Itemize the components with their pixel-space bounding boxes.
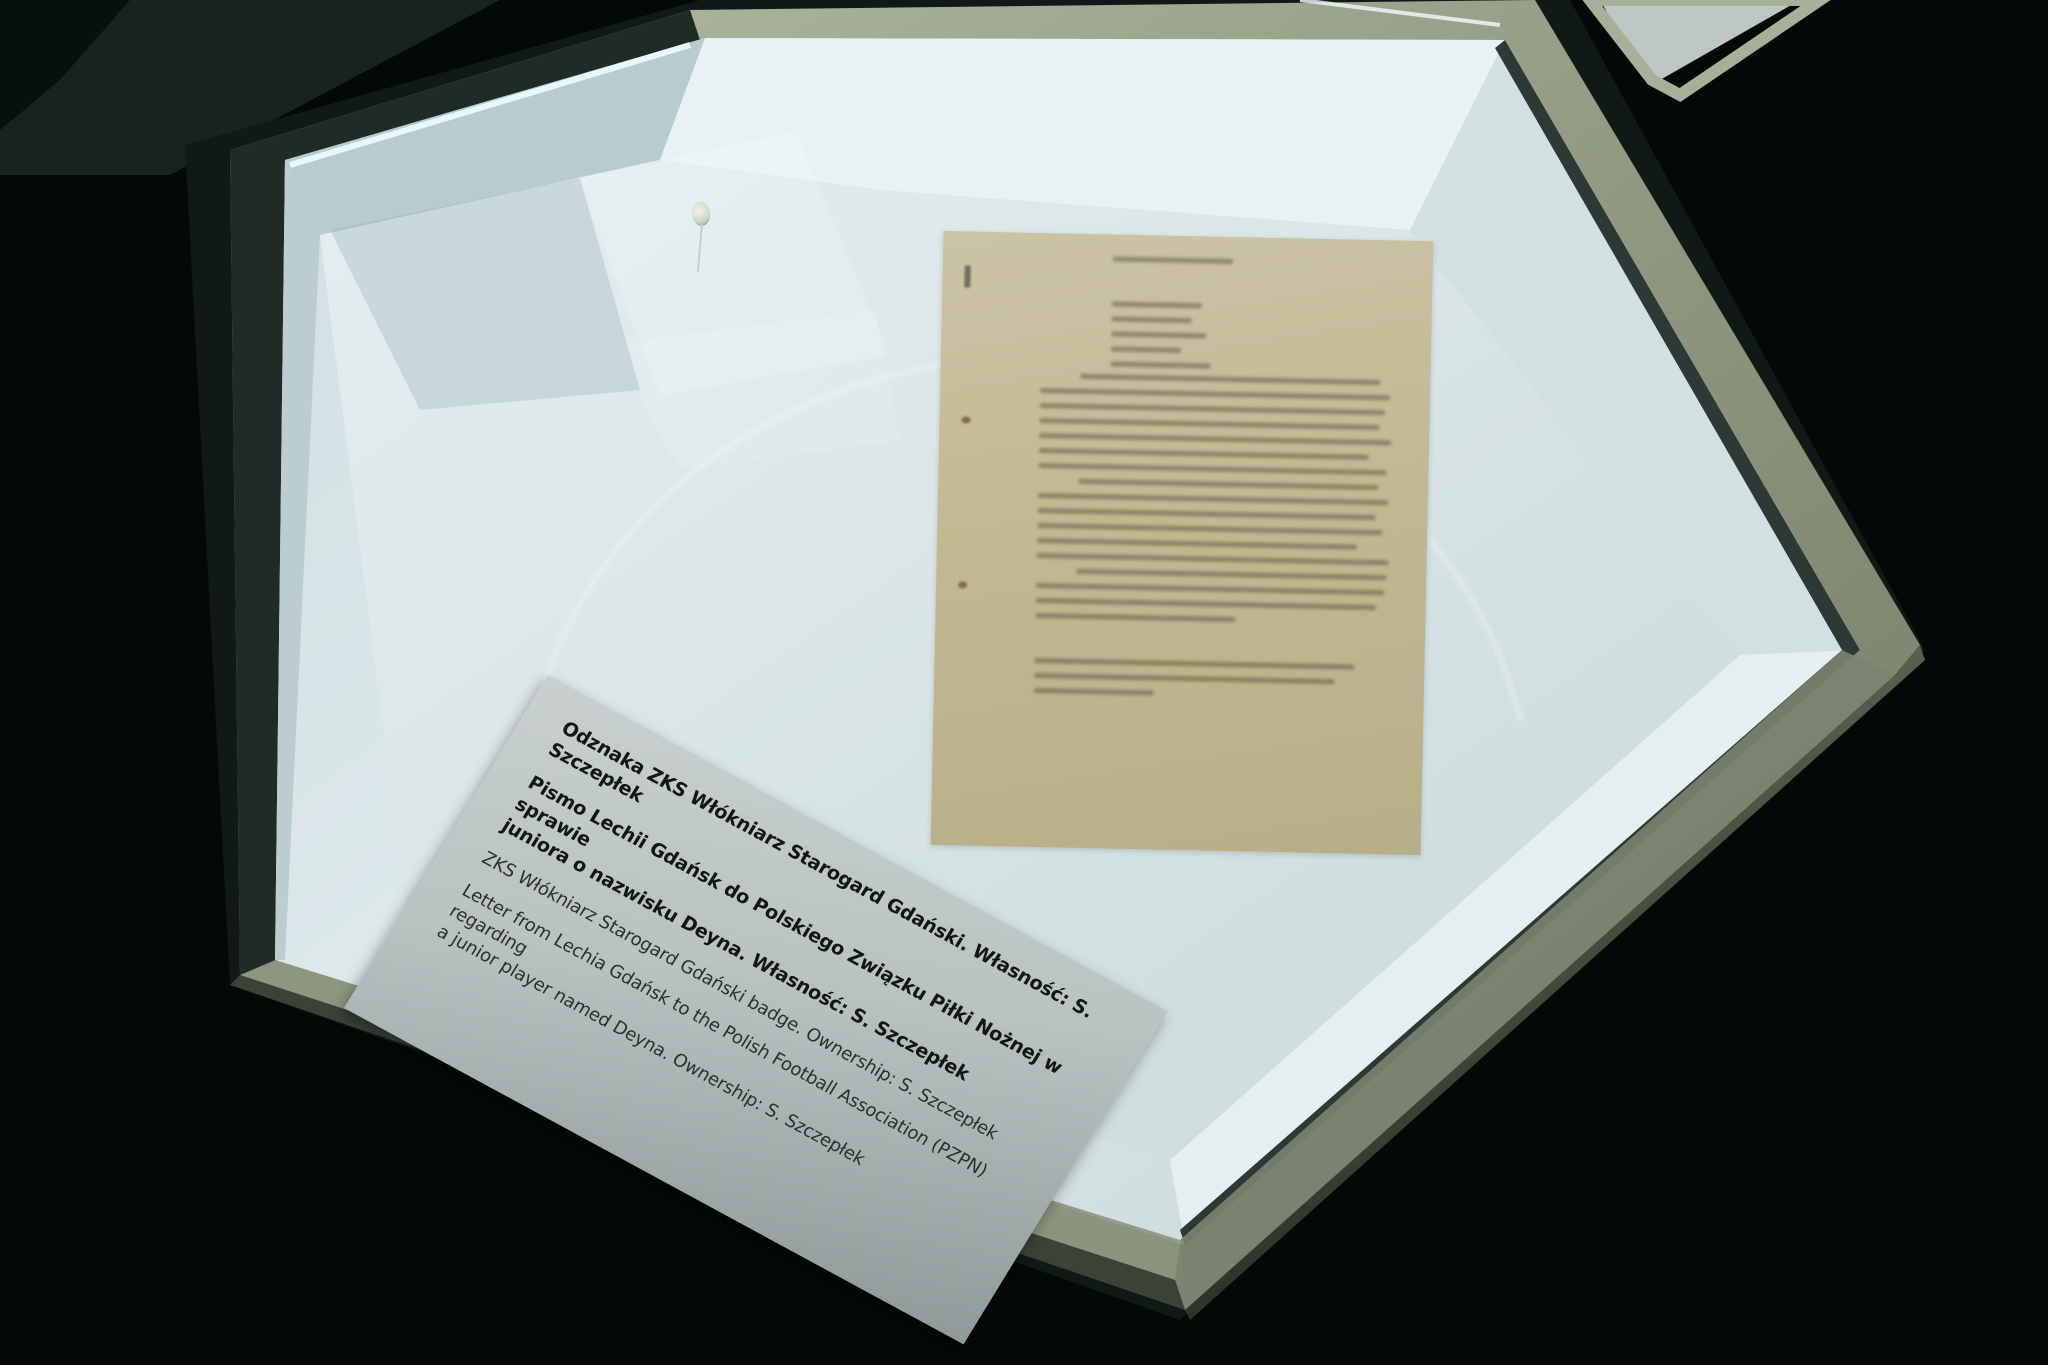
punch-hole (961, 416, 970, 423)
letter-body-text (1033, 373, 1401, 760)
typewritten-letter (931, 231, 1434, 855)
letter-header-block (1110, 256, 1292, 380)
museum-display-photo: Odznaka ZKS Włókniarz Starogard Gdański.… (0, 0, 2048, 1365)
punch-hole (958, 581, 967, 588)
letter-mark (964, 265, 970, 287)
